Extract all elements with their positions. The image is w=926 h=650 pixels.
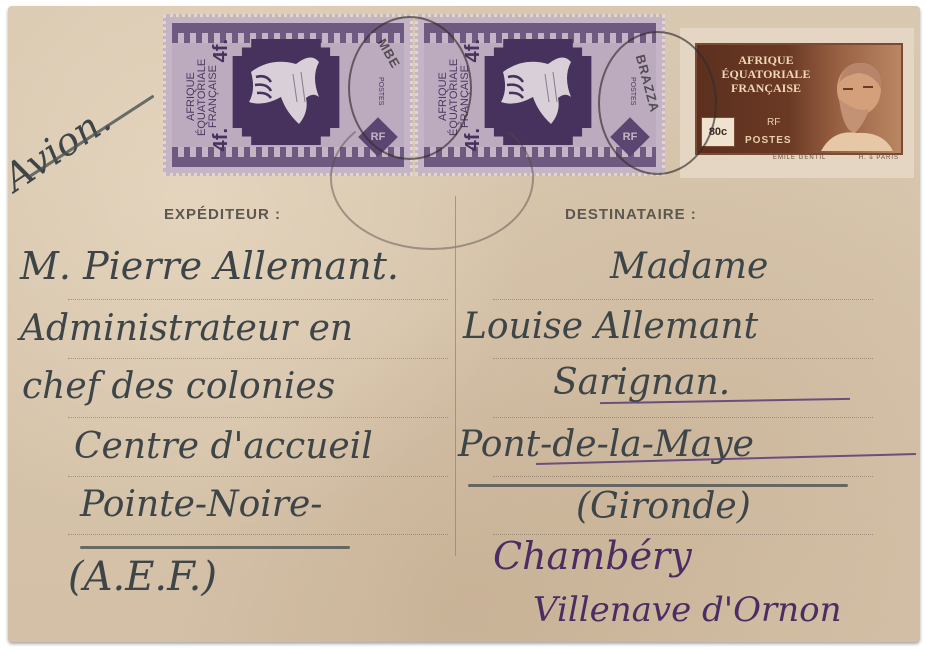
stamp-postes: POSTES	[745, 135, 792, 146]
address-line	[493, 299, 873, 300]
sender-underline	[80, 546, 350, 549]
address-line	[68, 417, 448, 418]
sender-line-5: Pointe-Noire-	[80, 484, 322, 525]
sender-line-2: Administrateur en	[20, 308, 353, 349]
airmail-note: Avion.	[0, 97, 119, 200]
address-line	[68, 534, 448, 535]
phoenix-icon	[241, 52, 331, 132]
portrait-icon	[813, 53, 893, 151]
phoenix-icon	[493, 52, 583, 132]
postcard: Avion. AFRIQUE ÉQUATORIALE FRANÇAISE 4f.…	[8, 6, 920, 642]
sender-line-1: M. Pierre Allemant.	[20, 244, 399, 288]
stamp-printer: H. ɢ PARIS	[859, 155, 899, 161]
address-line	[68, 299, 448, 300]
recipient-line-5: (Gironde)	[576, 486, 751, 527]
redirect-line-1: Chambéry	[493, 534, 692, 578]
address-line	[493, 417, 873, 418]
stamp-subject: ÉMILE GENTIL	[773, 155, 826, 161]
center-divider	[455, 196, 456, 556]
sender-label: EXPÉDITEUR :	[164, 206, 281, 223]
address-line	[493, 476, 873, 477]
recipient-line-3: Sarignan.	[553, 362, 730, 403]
address-line	[68, 476, 448, 477]
redirect-line-2: Villenave d'Ornon	[533, 590, 842, 630]
stamp-country-text: AFRIQUE ÉQUATORIALE FRANÇAISE	[711, 53, 821, 95]
sender-line-4: Centre d'accueil	[74, 426, 373, 467]
stamp-value-top: 4f.	[210, 39, 233, 62]
recipient-line-2: Louise Allemant	[463, 306, 758, 347]
recipient-line-1: Madame	[610, 246, 768, 287]
sender-line-3: chef des colonies	[22, 366, 335, 407]
postmark-lower-arc	[330, 106, 534, 250]
address-line	[493, 358, 873, 359]
stamp-rf: RF	[767, 117, 780, 128]
recipient-label: DESTINATAIRE :	[565, 206, 697, 223]
stamp-value-bottom: 4f.	[210, 128, 233, 151]
sender-line-6: (A.E.F.)	[68, 554, 217, 600]
address-line	[68, 358, 448, 359]
